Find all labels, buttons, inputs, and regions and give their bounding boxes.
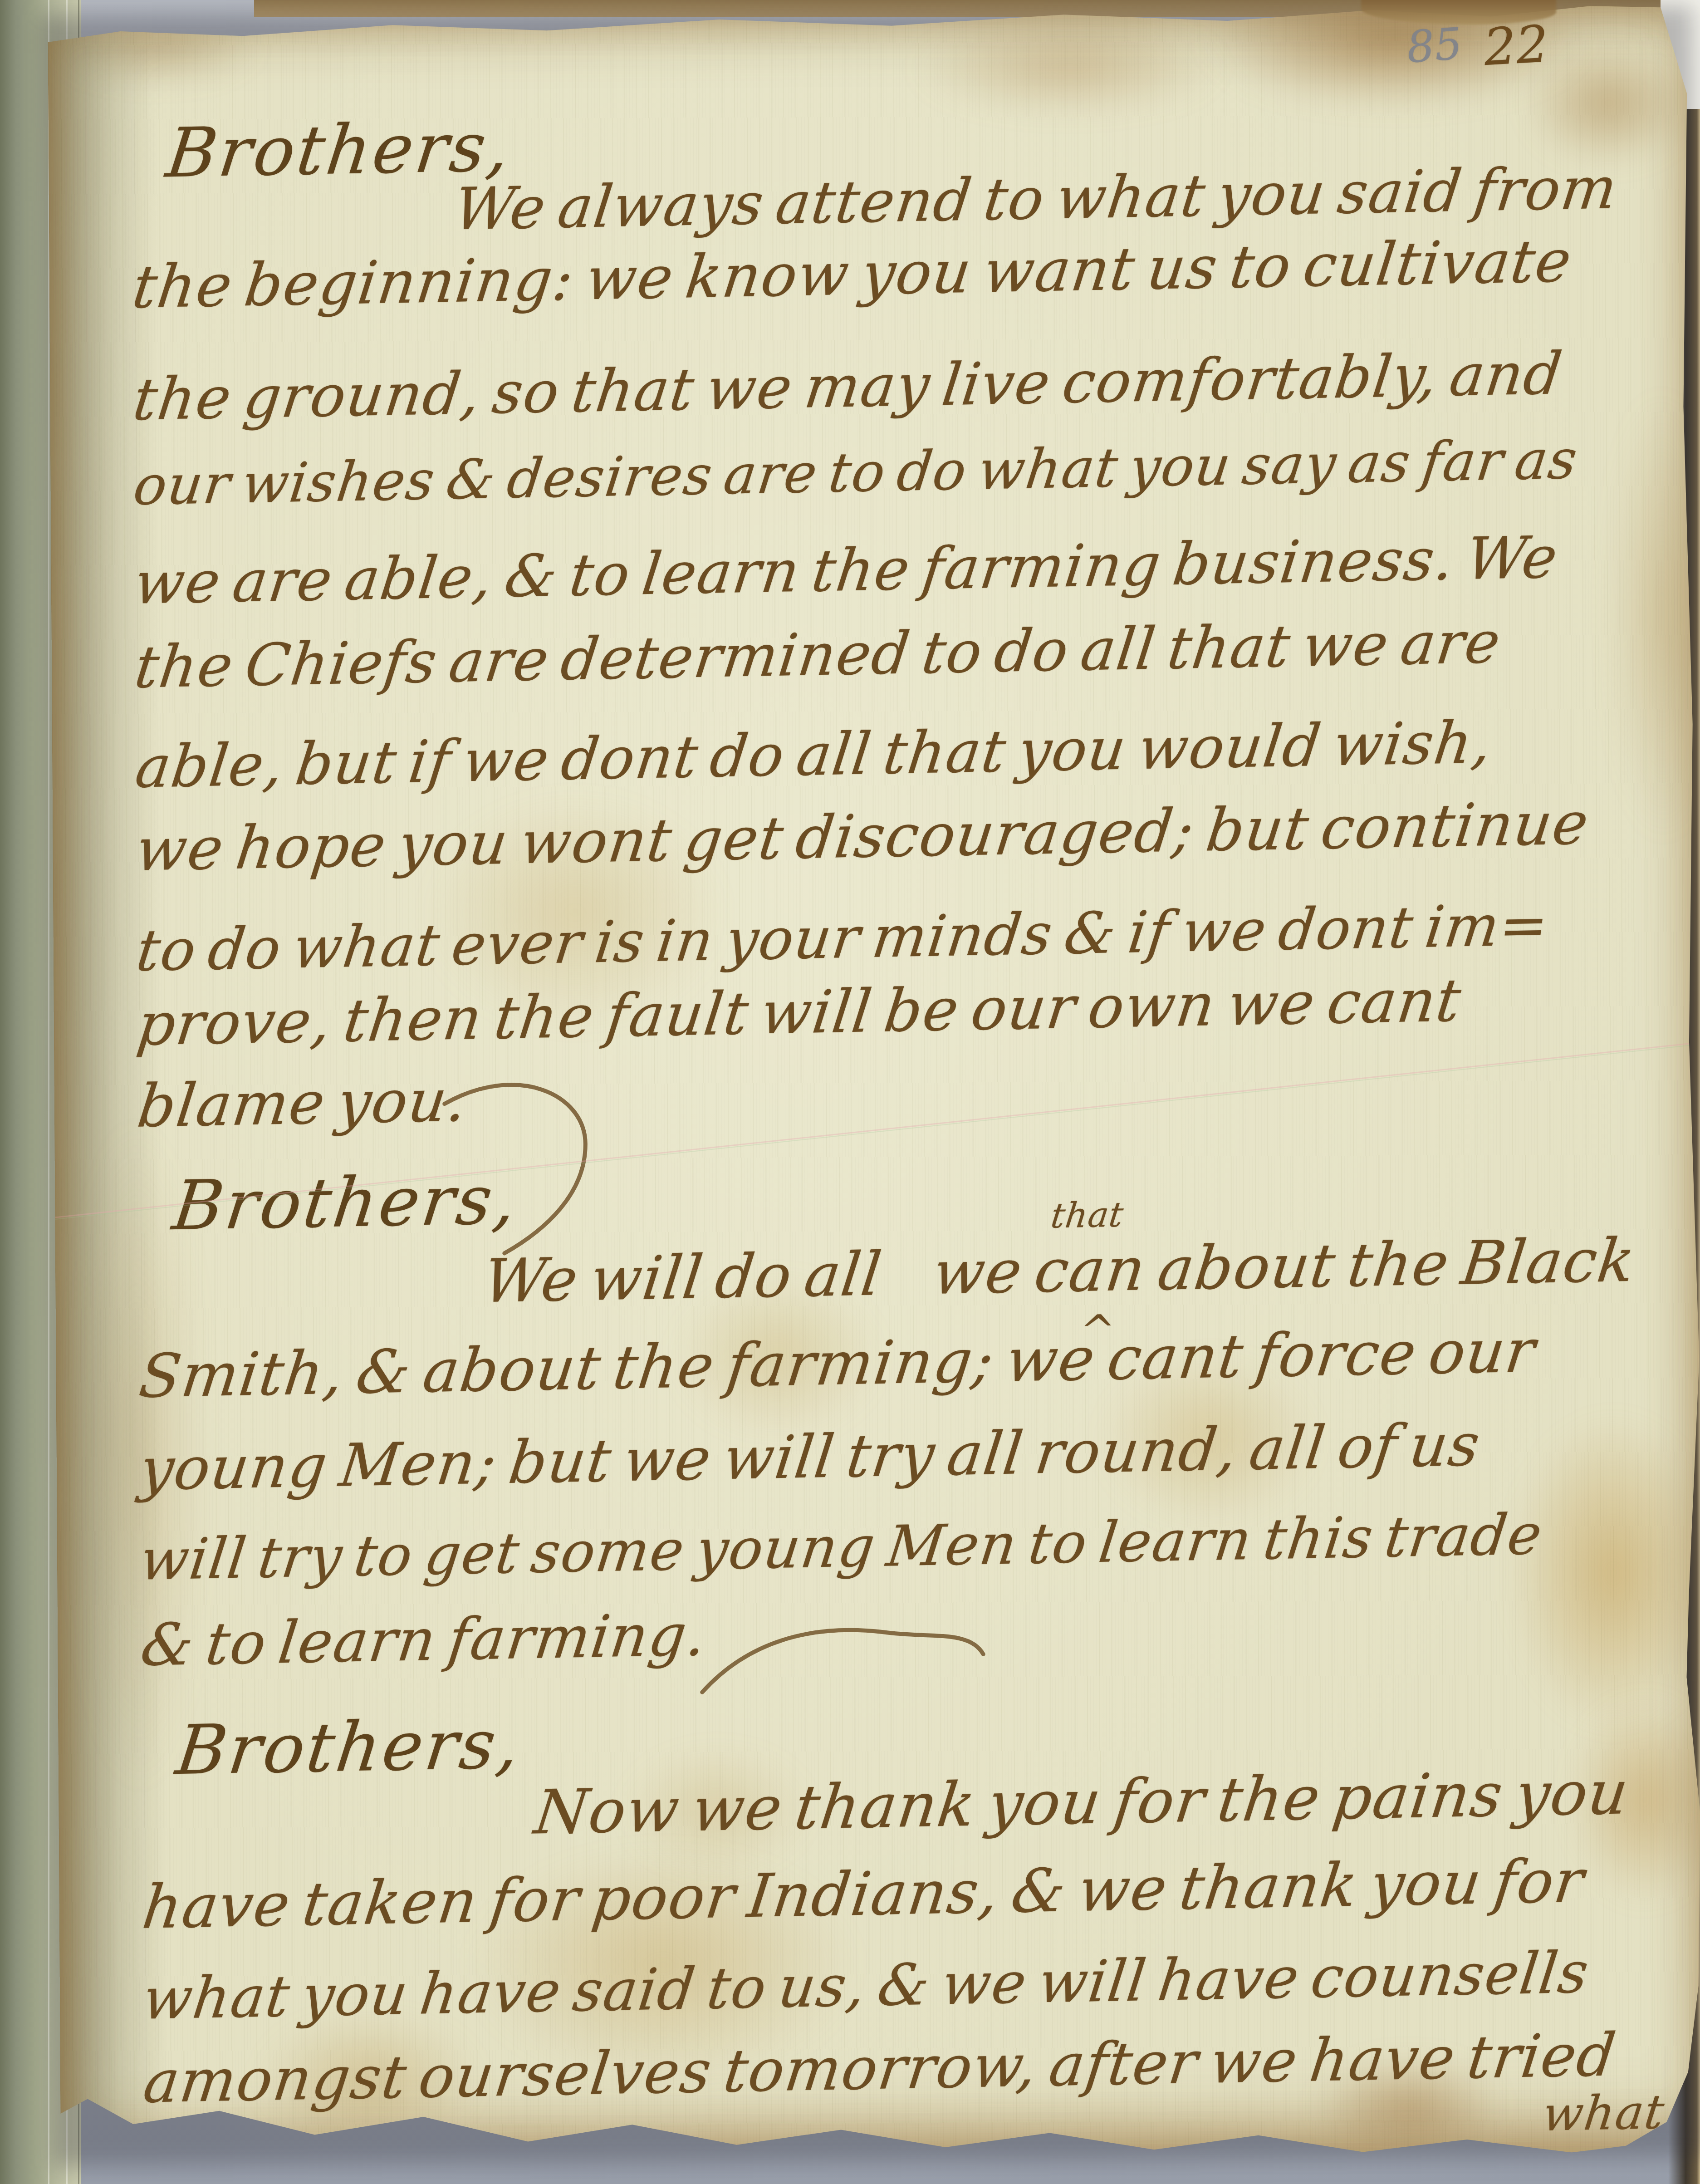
manuscript-page: 85 22 Brothers, We always attend to what… bbox=[48, 0, 1700, 2164]
inserted-word: that bbox=[1049, 1194, 1126, 1236]
line-end: we can about the Black bbox=[930, 1225, 1640, 1308]
folio-number-pencil: 85 bbox=[1405, 18, 1464, 73]
manuscript-line: & to learn farming. bbox=[137, 1601, 710, 1679]
line-start: We will do all bbox=[480, 1239, 886, 1316]
manuscript-line: blame you. bbox=[134, 1065, 471, 1141]
insertion-gap bbox=[879, 1294, 931, 1295]
paragraph-salutation: Brothers, bbox=[169, 1160, 523, 1246]
paragraph-salutation: Brothers, bbox=[172, 1705, 526, 1790]
pen-flourish bbox=[693, 1604, 993, 1710]
